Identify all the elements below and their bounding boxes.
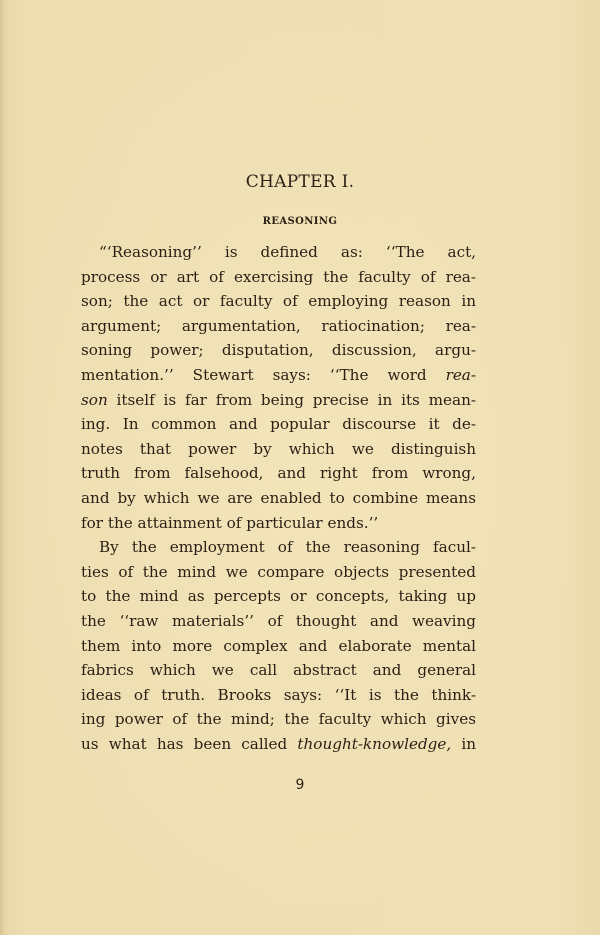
text-line: us what has been called thought-knowledg… (81, 732, 476, 757)
text-line: argument; argumentation, ratiocination; … (81, 314, 476, 339)
italic-text: rea- (446, 366, 476, 384)
text-line: son; the act or faculty of employing rea… (81, 289, 476, 314)
text-line: notes that power by which we distinguish (81, 437, 476, 462)
text-line: mentation.’’ Stewart says: ‘‘The word re… (81, 363, 476, 388)
text-line: truth from falsehood, and right from wro… (81, 461, 476, 486)
text-line: ideas of truth. Brooks says: ‘‘It is the… (81, 683, 476, 708)
book-page: CHAPTER I. REASONING “‘Reasoning’’ is de… (0, 0, 600, 935)
text-line: the ‘‘raw materials’’ of thought and wea… (81, 609, 476, 634)
text-line: for the attainment of particular ends.’’ (81, 511, 476, 536)
text-line: to the mind as percepts or concepts, tak… (81, 584, 476, 609)
text-line: By the employment of the reasoning facul… (81, 535, 476, 560)
text-line: soning power; disputation, discussion, a… (81, 338, 476, 363)
text-line: ties of the mind we compare objects pres… (81, 560, 476, 585)
text-line: fabrics which we call abstract and gener… (81, 658, 476, 683)
italic-text: thought-knowledge, (297, 735, 451, 753)
chapter-subtitle: REASONING (0, 216, 600, 227)
text-line: ing. In common and popular discourse it … (81, 412, 476, 437)
italic-text: son (81, 391, 108, 409)
text-line: “‘Reasoning’’ is defined as: ‘‘The act, (81, 240, 476, 265)
body-text: “‘Reasoning’’ is defined as: ‘‘The act,p… (81, 240, 476, 756)
text-line: son itself is far from being precise in … (81, 388, 476, 413)
text-line: them into more complex and elaborate men… (81, 634, 476, 659)
text-line: process or art of exercising the faculty… (81, 265, 476, 290)
page-number: 9 (0, 777, 600, 793)
text-line: ing power of the mind; the faculty which… (81, 707, 476, 732)
chapter-title: CHAPTER I. (0, 172, 600, 192)
text-line: and by which we are enabled to combine m… (81, 486, 476, 511)
